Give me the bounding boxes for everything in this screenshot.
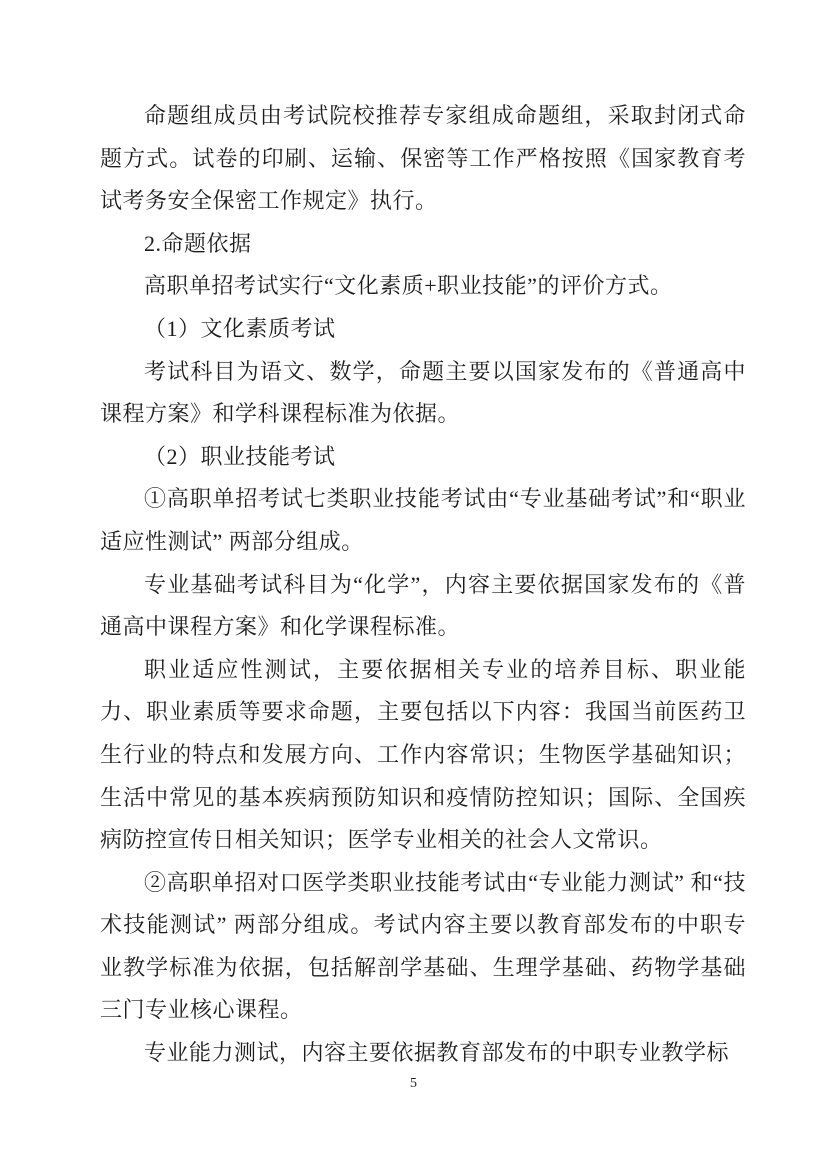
paragraph: ②高职单招对口医学类职业技能考试由“专业能力测试” 和“技术技能测试” 两部分组… (100, 862, 746, 1032)
paragraph: 高职单招考试实行“文化素质+职业技能”的评价方式。 (100, 265, 746, 308)
document-page: 命题组成员由考试院校推荐专家组成命题组，采取封闭式命题方式。试卷的印刷、运输、保… (0, 0, 827, 1170)
paragraph: 考试科目为语文、数学，命题主要以国家发布的《普通高中课程方案》和学科课程标准为依… (100, 351, 746, 436)
paragraph-subheading-skill-exam: （2）职业技能考试 (100, 436, 746, 479)
paragraph: 专业基础考试科目为“化学”，内容主要依据国家发布的《普通高中课程方案》和化学课程… (100, 564, 746, 649)
paragraph: 专业能力测试，内容主要依据教育部发布的中职专业教学标 (100, 1032, 746, 1075)
paragraph: 命题组成员由考试院校推荐专家组成命题组，采取封闭式命题方式。试卷的印刷、运输、保… (100, 95, 746, 223)
paragraph: 职业适应性测试，主要依据相关专业的培养目标、职业能力、职业素质等要求命题，主要包… (100, 649, 746, 862)
paragraph: ①高职单招考试七类职业技能考试由“专业基础考试”和“职业适应性测试” 两部分组成… (100, 478, 746, 563)
document-text-block: 命题组成员由考试院校推荐专家组成命题组，采取封闭式命题方式。试卷的印刷、运输、保… (100, 95, 746, 1075)
page-number: 5 (0, 1076, 827, 1092)
paragraph-subheading-culture-exam: （1）文化素质考试 (100, 308, 746, 351)
paragraph-heading-numbering-basis: 2.命题依据 (100, 223, 746, 266)
